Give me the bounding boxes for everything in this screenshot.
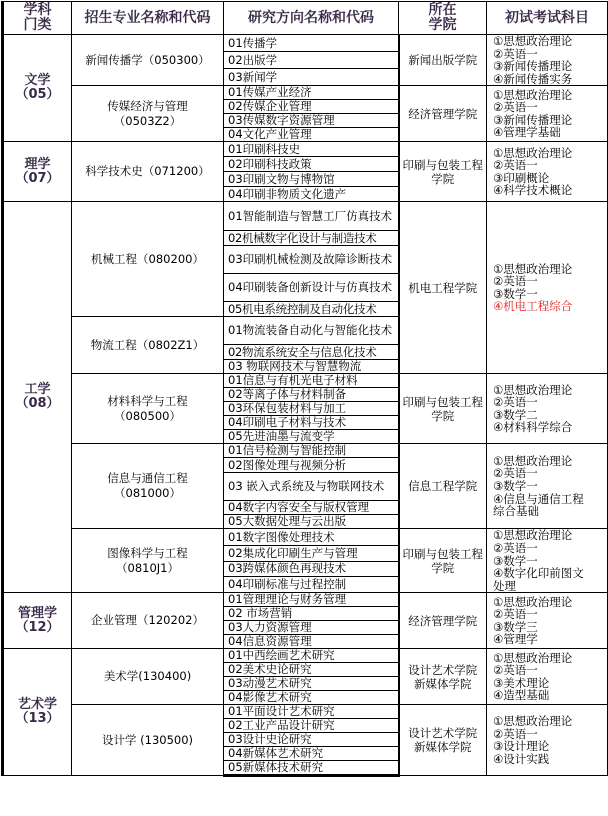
college-name: 设计艺术学院 xyxy=(408,663,477,677)
exams-cell: ①思想政治理论 ②英语一 ③数学二 ④材料科学综合 xyxy=(487,374,608,444)
header-college: 所在学院 xyxy=(399,2,487,35)
table-row: 工学（08） 机械工程（080200） 01智能制造与智慧工厂仿真技术 机电工程… xyxy=(3,202,608,231)
major-code: （0810J1） xyxy=(116,561,179,575)
direction-cell: 02机械数字化设计与制造技术 xyxy=(224,231,399,246)
college-name-line2: 新媒体学院 xyxy=(414,740,472,754)
major-name: 美术学(130400) xyxy=(104,669,191,683)
exam-item-continued: 处理 xyxy=(493,580,607,593)
major-name: 新闻传播学（050300） xyxy=(85,53,209,67)
major-name: 传媒经济与管理 xyxy=(107,99,188,113)
major-cell: 信息与通信工程（081000） xyxy=(72,444,224,529)
discipline-code: （07） xyxy=(15,171,59,186)
direction-cell: 03跨媒体颜色再现技术 xyxy=(224,561,399,576)
exam-item: ②英语一 xyxy=(493,608,607,621)
exams-cell: ①思想政治理论 ②英语一 ③数学一 ④数字化印前图文 处理 xyxy=(487,529,608,593)
exam-item: ③数学一 xyxy=(493,480,607,493)
college-cell: 机电工程学院 xyxy=(399,202,487,374)
major-cell: 美术学(130400) xyxy=(72,649,224,705)
exam-item-continued: 综合基础 xyxy=(493,505,607,518)
direction-cell: 01平面设计艺术研究 xyxy=(224,705,399,719)
table-row: 文学（05） 新闻传播学（050300） 01传播学 新闻出版学院 ①思想政治理… xyxy=(3,35,608,52)
discipline-code: （05） xyxy=(15,87,59,102)
college-cell: 经济管理学院 xyxy=(399,86,487,142)
exam-item: ④数字化印前图文 xyxy=(493,567,607,580)
college-name-line2: 学院 xyxy=(431,172,454,186)
header-college-line1: 所在 xyxy=(429,2,457,18)
direction-cell: 05先进油墨与流变学 xyxy=(224,430,399,444)
exam-item: ①思想政治理论 xyxy=(493,715,607,728)
major-cell: 材料科学与工程（080500） xyxy=(72,374,224,444)
direction-cell: 01物流装备自动化与智能化技术 xyxy=(224,317,399,345)
exam-item: ④新闻传播实务 xyxy=(493,73,607,86)
direction-cell: 05机电系统控制及自动化技术 xyxy=(224,302,399,317)
discipline-cell: 艺术学（13） xyxy=(3,649,72,776)
major-name: 物流工程（0802Z1） xyxy=(91,338,204,352)
exams-cell: ①思想政治理论 ②英语一 ③数学三 ④管理学 xyxy=(487,593,608,649)
college-cell: 新闻出版学院 xyxy=(399,35,487,86)
direction-cell: 03印刷机械检测及故障诊断技术 xyxy=(224,246,399,274)
direction-cell: 02出版学 xyxy=(224,52,399,69)
discipline-cell: 理学（07） xyxy=(3,142,72,202)
exam-item: ②英语一 xyxy=(493,664,607,677)
exam-item: ②英语一 xyxy=(493,396,607,409)
direction-cell: 01信息与有机光电子材料 xyxy=(224,374,399,388)
direction-cell: 02美术史论研究 xyxy=(224,663,399,677)
major-cell: 传媒经济与管理（0503Z2） xyxy=(72,86,224,142)
admissions-table: 学科门类 招生专业名称和代码 研究方向名称和代码 所在学院 初试考试科目 文学（… xyxy=(1,1,608,777)
direction-cell: 03 物联网技术与智慧物流 xyxy=(224,360,399,374)
exams-cell: ①思想政治理论 ②英语一 ③印刷概论 ④科学技术概论 xyxy=(487,142,608,202)
direction-cell: 04印刷装备创新设计与仿真技术 xyxy=(224,274,399,302)
major-cell: 图像科学与工程（0810J1） xyxy=(72,529,224,593)
exam-item: ②英语一 xyxy=(493,159,607,172)
exam-item: ②英语一 xyxy=(493,542,607,555)
college-name: 新闻出版学院 xyxy=(408,53,477,67)
major-cell: 新闻传播学（050300） xyxy=(72,35,224,86)
direction-cell: 05大数据处理与云出版 xyxy=(224,515,399,529)
major-cell: 企业管理（120202） xyxy=(72,593,224,649)
discipline-cell: 文学（05） xyxy=(3,35,72,142)
direction-cell: 01信号检测与智能控制 xyxy=(224,444,399,458)
direction-cell: 05新媒体技术研究 xyxy=(224,761,399,776)
direction-cell: 01传播学 xyxy=(224,35,399,52)
direction-cell: 03环保包装材料与加工 xyxy=(224,402,399,416)
direction-cell: 03新闻学 xyxy=(224,69,399,86)
exam-item: ④管理学 xyxy=(493,633,607,646)
exam-item: ④科学技术概论 xyxy=(493,184,607,197)
table-row: 信息与通信工程（081000） 01信号检测与智能控制 信息工程学院 ①思想政治… xyxy=(3,444,608,458)
major-name: 企业管理（120202） xyxy=(91,613,204,627)
college-name-line2: 新媒体学院 xyxy=(414,677,472,691)
direction-cell: 01管理理论与财务管理 xyxy=(224,593,399,607)
major-code: （081000） xyxy=(114,486,181,500)
direction-cell: 04影像艺术研究 xyxy=(224,691,399,705)
discipline-code: （08） xyxy=(15,396,59,411)
direction-cell: 01印刷科技史 xyxy=(224,142,399,157)
table-row: 理学（07） 科学技术史（071200） 01印刷科技史 印刷与包装工程学院 ①… xyxy=(3,142,608,157)
direction-cell: 02印刷科技政策 xyxy=(224,157,399,172)
major-name: 机械工程（080200） xyxy=(91,252,204,266)
major-name: 图像科学与工程 xyxy=(107,546,188,560)
discipline-cell: 管理学（12） xyxy=(3,593,72,649)
direction-cell: 01传媒产业经济 xyxy=(224,86,399,100)
exam-item: ②英语一 xyxy=(493,275,607,288)
exams-cell: ①思想政治理论 ②英语一 ③设计理论 ④设计实践 xyxy=(487,705,608,776)
college-name: 印刷与包装工程 xyxy=(403,547,484,561)
exams-cell: ①思想政治理论 ②英语一 ③数学一 ④信息与通信工程 综合基础 xyxy=(487,444,608,529)
exam-item: ④管理学基础 xyxy=(493,126,607,139)
exams-cell: ①思想政治理论 ②英语一 ③数学一 ④机电工程综合 xyxy=(487,202,608,374)
college-cell: 印刷与包装工程学院 xyxy=(399,142,487,202)
discipline-code: （13） xyxy=(15,711,59,726)
header-exams: 初试考试科目 xyxy=(487,2,608,35)
header-discipline: 学科门类 xyxy=(3,2,72,35)
exams-cell: ①思想政治理论 ②英语一 ③新闻传播理论 ④管理学基础 xyxy=(487,86,608,142)
college-name: 信息工程学院 xyxy=(408,479,477,493)
table-row: 管理学（12） 企业管理（120202） 01管理理论与财务管理 经济管理学院 … xyxy=(3,593,608,607)
header-direction: 研究方向名称和代码 xyxy=(224,2,399,35)
header-college-line2: 学院 xyxy=(429,17,457,33)
table-row: 设计学 (130500) 01平面设计艺术研究 设计艺术学院新媒体学院 ①思想政… xyxy=(3,705,608,719)
college-cell: 设计艺术学院新媒体学院 xyxy=(399,705,487,776)
major-cell: 科学技术史（071200） xyxy=(72,142,224,202)
table-row: 传媒经济与管理（0503Z2） 01传媒产业经济 经济管理学院 ①思想政治理论 … xyxy=(3,86,608,100)
header-discipline-line1: 学科 xyxy=(24,2,52,18)
college-name: 印刷与包装工程 xyxy=(403,158,484,172)
direction-cell: 04数字内容安全与版权管理 xyxy=(224,501,399,515)
direction-cell: 01中西绘画艺术研究 xyxy=(224,649,399,663)
major-name: 信息与通信工程 xyxy=(107,471,188,485)
exam-item: ④设计实践 xyxy=(493,753,607,766)
admissions-table-container: 学科门类 招生专业名称和代码 研究方向名称和代码 所在学院 初试考试科目 文学（… xyxy=(0,0,608,816)
major-cell: 物流工程（0802Z1） xyxy=(72,317,224,374)
college-name-line2: 学院 xyxy=(431,561,454,575)
direction-cell: 02等离子体与材料制备 xyxy=(224,388,399,402)
direction-cell: 04印刷非物质文化遗产 xyxy=(224,187,399,202)
direction-cell: 03人力资源管理 xyxy=(224,621,399,635)
direction-cell: 01智能制造与智慧工厂仿真技术 xyxy=(224,202,399,231)
table-row: 图像科学与工程（0810J1） 01数字图像处理技术 印刷与包装工程学院 ①思想… xyxy=(3,529,608,546)
direction-cell: 03传媒数字资源管理 xyxy=(224,114,399,128)
exam-item: ③新闻传播理论 xyxy=(493,60,607,73)
major-cell: 设计学 (130500) xyxy=(72,705,224,776)
exams-cell: ①思想政治理论 ②英语一 ③美术理论 ④造型基础 xyxy=(487,649,608,705)
header-major: 招生专业名称和代码 xyxy=(72,2,224,35)
discipline-name: 文学 xyxy=(24,73,50,88)
direction-cell: 04印刷电子材料与技术 xyxy=(224,416,399,430)
college-name: 设计艺术学院 xyxy=(408,726,477,740)
header-row: 学科门类 招生专业名称和代码 研究方向名称和代码 所在学院 初试考试科目 xyxy=(3,2,608,35)
direction-cell: 04信息资源管理 xyxy=(224,635,399,649)
discipline-code: （12） xyxy=(15,620,59,635)
college-cell: 设计艺术学院新媒体学院 xyxy=(399,649,487,705)
direction-cell: 02集成化印刷生产与管理 xyxy=(224,546,399,562)
discipline-name: 管理学 xyxy=(18,606,57,621)
college-cell: 信息工程学院 xyxy=(399,444,487,529)
direction-cell: 04文化产业管理 xyxy=(224,128,399,142)
exams-cell: ①思想政治理论 ②英语一 ③新闻传播理论 ④新闻传播实务 xyxy=(487,35,608,86)
college-cell: 印刷与包装工程学院 xyxy=(399,374,487,444)
exam-item: ②英语一 xyxy=(493,101,607,114)
direction-cell: 02传媒企业管理 xyxy=(224,100,399,114)
college-name: 经济管理学院 xyxy=(408,107,477,121)
exam-item: ④造型基础 xyxy=(493,689,607,702)
exam-item-highlighted: ④机电工程综合 xyxy=(493,300,607,313)
major-code: （0503Z2） xyxy=(114,114,181,128)
college-cell: 印刷与包装工程学院 xyxy=(399,529,487,593)
direction-cell: 03 嵌入式系统及与物联网技术 xyxy=(224,473,399,501)
college-name-line2: 学院 xyxy=(431,409,454,423)
major-cell: 机械工程（080200） xyxy=(72,202,224,317)
direction-cell: 04印刷标准与过程控制 xyxy=(224,576,399,593)
direction-cell: 03印刷文物与博物馆 xyxy=(224,172,399,187)
college-name: 印刷与包装工程 xyxy=(403,395,484,409)
direction-cell: 02物流系统安全与信息化技术 xyxy=(224,345,399,360)
direction-cell: 03设计史论研究 xyxy=(224,733,399,747)
exam-item: ①思想政治理论 xyxy=(493,35,607,48)
header-discipline-line2: 门类 xyxy=(24,17,52,33)
college-name: 经济管理学院 xyxy=(408,614,477,628)
direction-cell: 04新媒体艺术研究 xyxy=(224,747,399,761)
direction-cell: 02工业产品设计研究 xyxy=(224,719,399,733)
major-name: 设计学 (130500) xyxy=(102,733,193,747)
major-name: 材料科学与工程 xyxy=(107,394,188,408)
discipline-name: 理学 xyxy=(24,157,50,172)
table-row: 艺术学（13） 美术学(130400) 01中西绘画艺术研究 设计艺术学院新媒体… xyxy=(3,649,608,663)
major-name: 科学技术史（071200） xyxy=(85,164,209,178)
college-name: 机电工程学院 xyxy=(408,281,477,295)
direction-cell: 01数字图像处理技术 xyxy=(224,529,399,546)
direction-cell: 02 市场营销 xyxy=(224,607,399,621)
direction-cell: 02图像处理与视频分析 xyxy=(224,458,399,473)
college-cell: 经济管理学院 xyxy=(399,593,487,649)
direction-cell: 03动漫艺术研究 xyxy=(224,677,399,691)
exam-item: ④材料科学综合 xyxy=(493,421,607,434)
discipline-cell: 工学（08） xyxy=(3,202,72,593)
table-row: 材料科学与工程（080500） 01信息与有机光电子材料 印刷与包装工程学院 ①… xyxy=(3,374,608,388)
major-code: （080500） xyxy=(114,409,181,423)
